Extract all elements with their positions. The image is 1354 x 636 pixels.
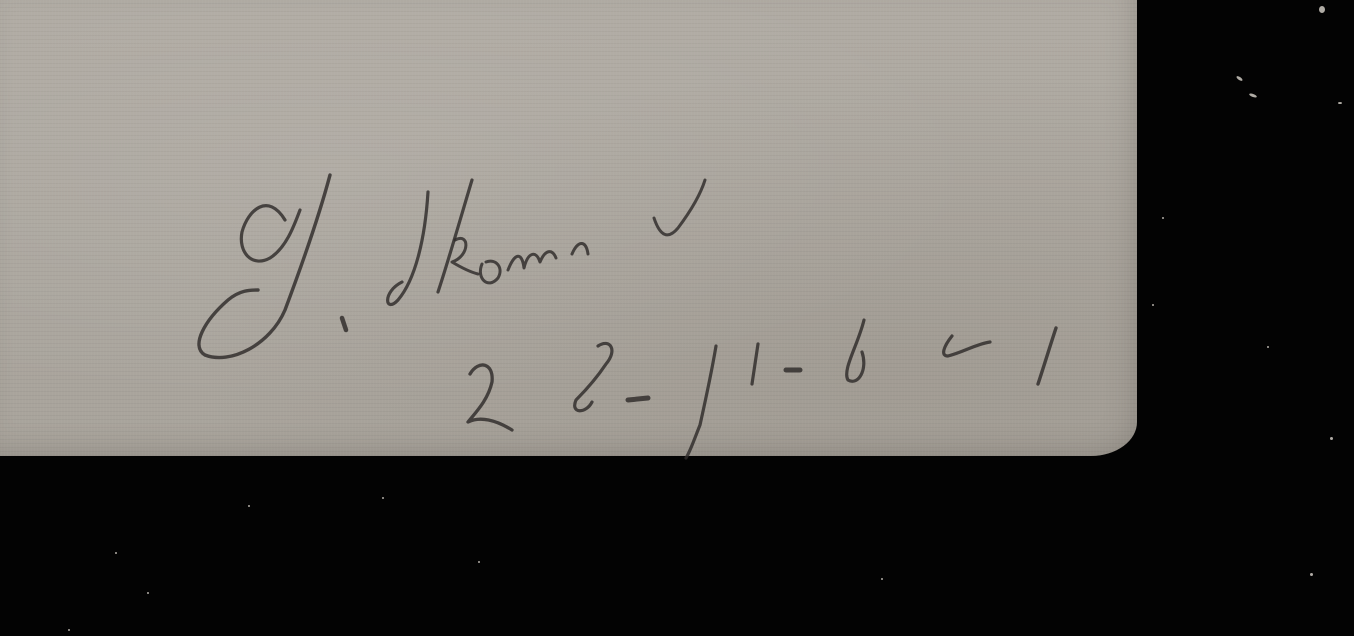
date-strokes [468,320,1056,458]
handwriting-ink [0,0,1354,636]
signature-strokes [199,175,705,358]
